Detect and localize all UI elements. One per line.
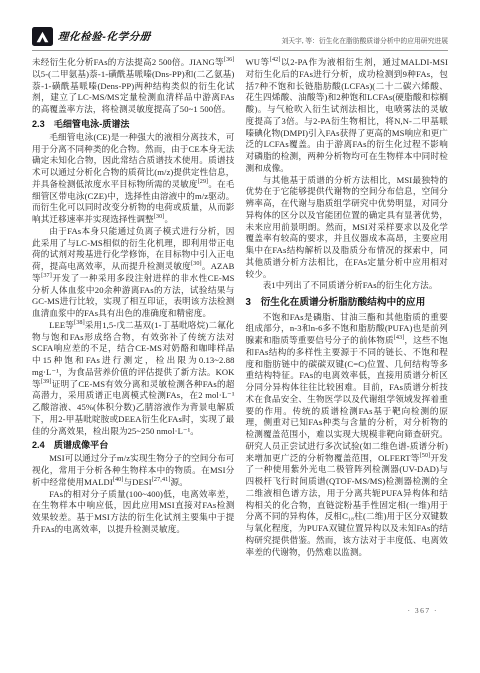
section-heading: 3 衍生化在质谱分析脂肪酸结构中的应用 (246, 296, 449, 310)
paragraph: MSI可以通过分子m/z实现生物分子的空间分布可视化，常用于分析各种生物样本中的… (32, 453, 235, 488)
page-number: · 367 · (408, 606, 439, 615)
page-header: 理化检验-化学分册 刘天宇, 等：衍生化在脂肪酸质谱分析中的应用研究进展 (32, 27, 448, 51)
column-right: WU等[42]以2-PA作为液相衍生剂，通过MALDI-MSI对衍生化后的FAs… (246, 57, 449, 558)
paragraph: 表1中列出了不同质谱分析FAs的衍生化方法。 (246, 280, 449, 292)
journal-brand: 理化检验-化学分册 (32, 27, 151, 46)
section-heading: 2.4 质谱成像平台 (32, 439, 235, 451)
journal-logo-icon (32, 27, 53, 46)
paragraph: 由于FAs本身只能通过负离子模式进行分析，因此采用了与LC-MS相似的衍生化机理… (32, 226, 235, 320)
paragraph: 与其他基于质谱的分析方法相比，MSI最独特的优势在于它能够提供代谢物的空间分布信… (246, 175, 449, 281)
paragraph: 毛细管电泳(CE)是一种强大的液相分离技术，可用于分离不同种类的化合物。然而，由… (32, 132, 235, 226)
section-heading: 2.3 毛细管电泳-质谱法 (32, 118, 235, 130)
paragraph: FAs的相对分子质量(100~400)低，电离效率差，在生物样本中响应低，因此应… (32, 489, 235, 536)
paragraph: LEE等[38]采用1,5-戊二基双(1-丁基吡咯烷)二氟化物与饱和FAs形成络… (32, 320, 235, 438)
column-left: 未经衍生化分析FAs的方法提高2 500倍。JIANG等[36]以5-(二甲氨基… (32, 57, 235, 558)
running-header: 刘天宇, 等：衍生化在脂肪酸质谱分析中的应用研究进展 (281, 35, 448, 46)
paragraph: 不饱和FAs是磷脂、甘油三酯和其他脂质的重要组成部分，n-3和n-6多不饱和脂肪… (246, 312, 449, 559)
paragraph: WU等[42]以2-PA作为液相衍生剂，通过MALDI-MSI对衍生化后的FAs… (246, 57, 449, 175)
article-body: 未经衍生化分析FAs的方法提高2 500倍。JIANG等[36]以5-(二甲氨基… (32, 57, 448, 558)
paragraph: 未经衍生化分析FAs的方法提高2 500倍。JIANG等[36]以5-(二甲氨基… (32, 57, 235, 116)
journal-title: 理化检验-化学分册 (57, 29, 151, 44)
journal-page: 理化检验-化学分册 刘天宇, 等：衍生化在脂肪酸质谱分析中的应用研究进展 未经衍… (0, 0, 480, 673)
